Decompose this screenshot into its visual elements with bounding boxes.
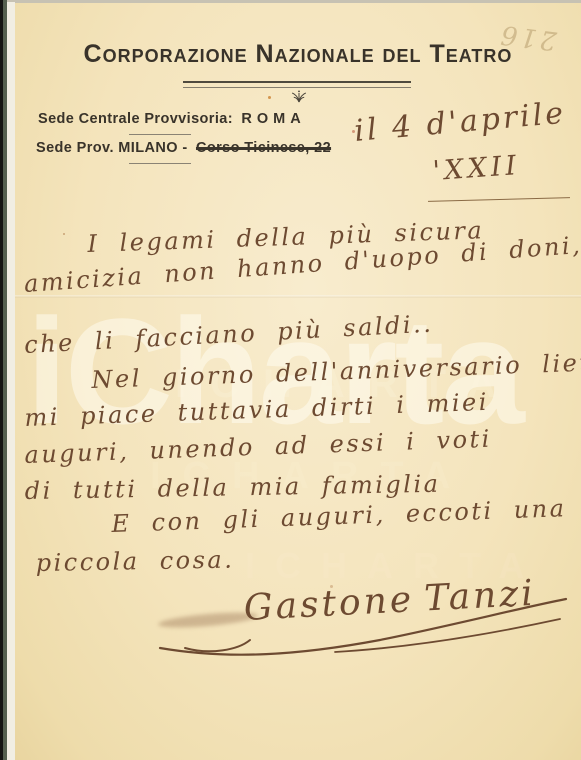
handwritten-date-line2: 'XXII	[432, 150, 521, 187]
seat-provincial-label: Sede Prov. MILANO -	[36, 140, 188, 156]
palmette-ornament-icon	[291, 89, 307, 103]
paper-speck	[330, 585, 333, 588]
struck-address: Corso Ticinese, 22	[196, 140, 331, 156]
letter-body-line: piccola cosa.	[36, 546, 235, 577]
seat-central-city: ROMA	[241, 111, 305, 127]
paper-speck	[268, 96, 271, 99]
seat-central-underline	[129, 134, 191, 135]
paper-speck	[352, 130, 355, 133]
seat-provincial-line: Sede Prov. MILANO - Corso Ticinese, 22	[36, 140, 331, 156]
seat-central-label: Sede Centrale Provvisoria:	[38, 111, 233, 127]
scan-edge-white	[7, 2, 15, 760]
seat-central-line: Sede Centrale Provvisoria: ROMA	[38, 111, 306, 127]
paper-speck	[63, 233, 65, 235]
title-divider-rule	[183, 81, 411, 88]
seat-provincial-underline	[129, 163, 191, 164]
scanned-letter-page: iCharta iCharta iCharta iCharta Corporaz…	[0, 0, 581, 760]
